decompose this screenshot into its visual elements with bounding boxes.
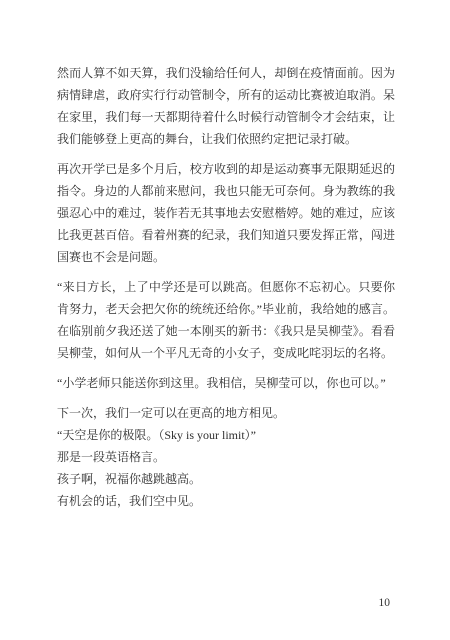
paragraph: “来日方长，上了中学还是可以跳高。但愿你不忘初心。只要你肯努力，老天会把欠你的统…: [57, 276, 395, 364]
page-number: 10: [379, 596, 391, 610]
paragraph: 然而人算不如天算，我们没输给任何人，却倒在疫情面前。因为病情肆虐，政府实行行动管…: [57, 62, 395, 150]
closing-line: “天空是你的极限。（Sky is your limit）”: [57, 424, 395, 446]
text-block: 然而人算不如天算，我们没输给任何人，却倒在疫情面前。因为病情肆虐，政府实行行动管…: [57, 62, 395, 512]
closing-line: 那是一段英语格言。: [57, 446, 395, 468]
closing-line: 下一次，我们一定可以在更高的地方相见。: [57, 402, 395, 424]
paragraph: “小学老师只能送你到这里。我相信，吴柳莹可以，你也可以。”: [57, 372, 395, 394]
closing-line: 孩子啊，祝福你越跳越高。: [57, 468, 395, 490]
closing-line: 有机会的话，我们空中见。: [57, 490, 395, 512]
document-page: 然而人算不如天算，我们没输给任何人，却倒在疫情面前。因为病情肆虐，政府实行行动管…: [0, 0, 450, 640]
paragraph: 再次开学已是多个月后，校方收到的却是运动赛事无限期延迟的指令。身边的人都前来慰问…: [57, 158, 395, 268]
